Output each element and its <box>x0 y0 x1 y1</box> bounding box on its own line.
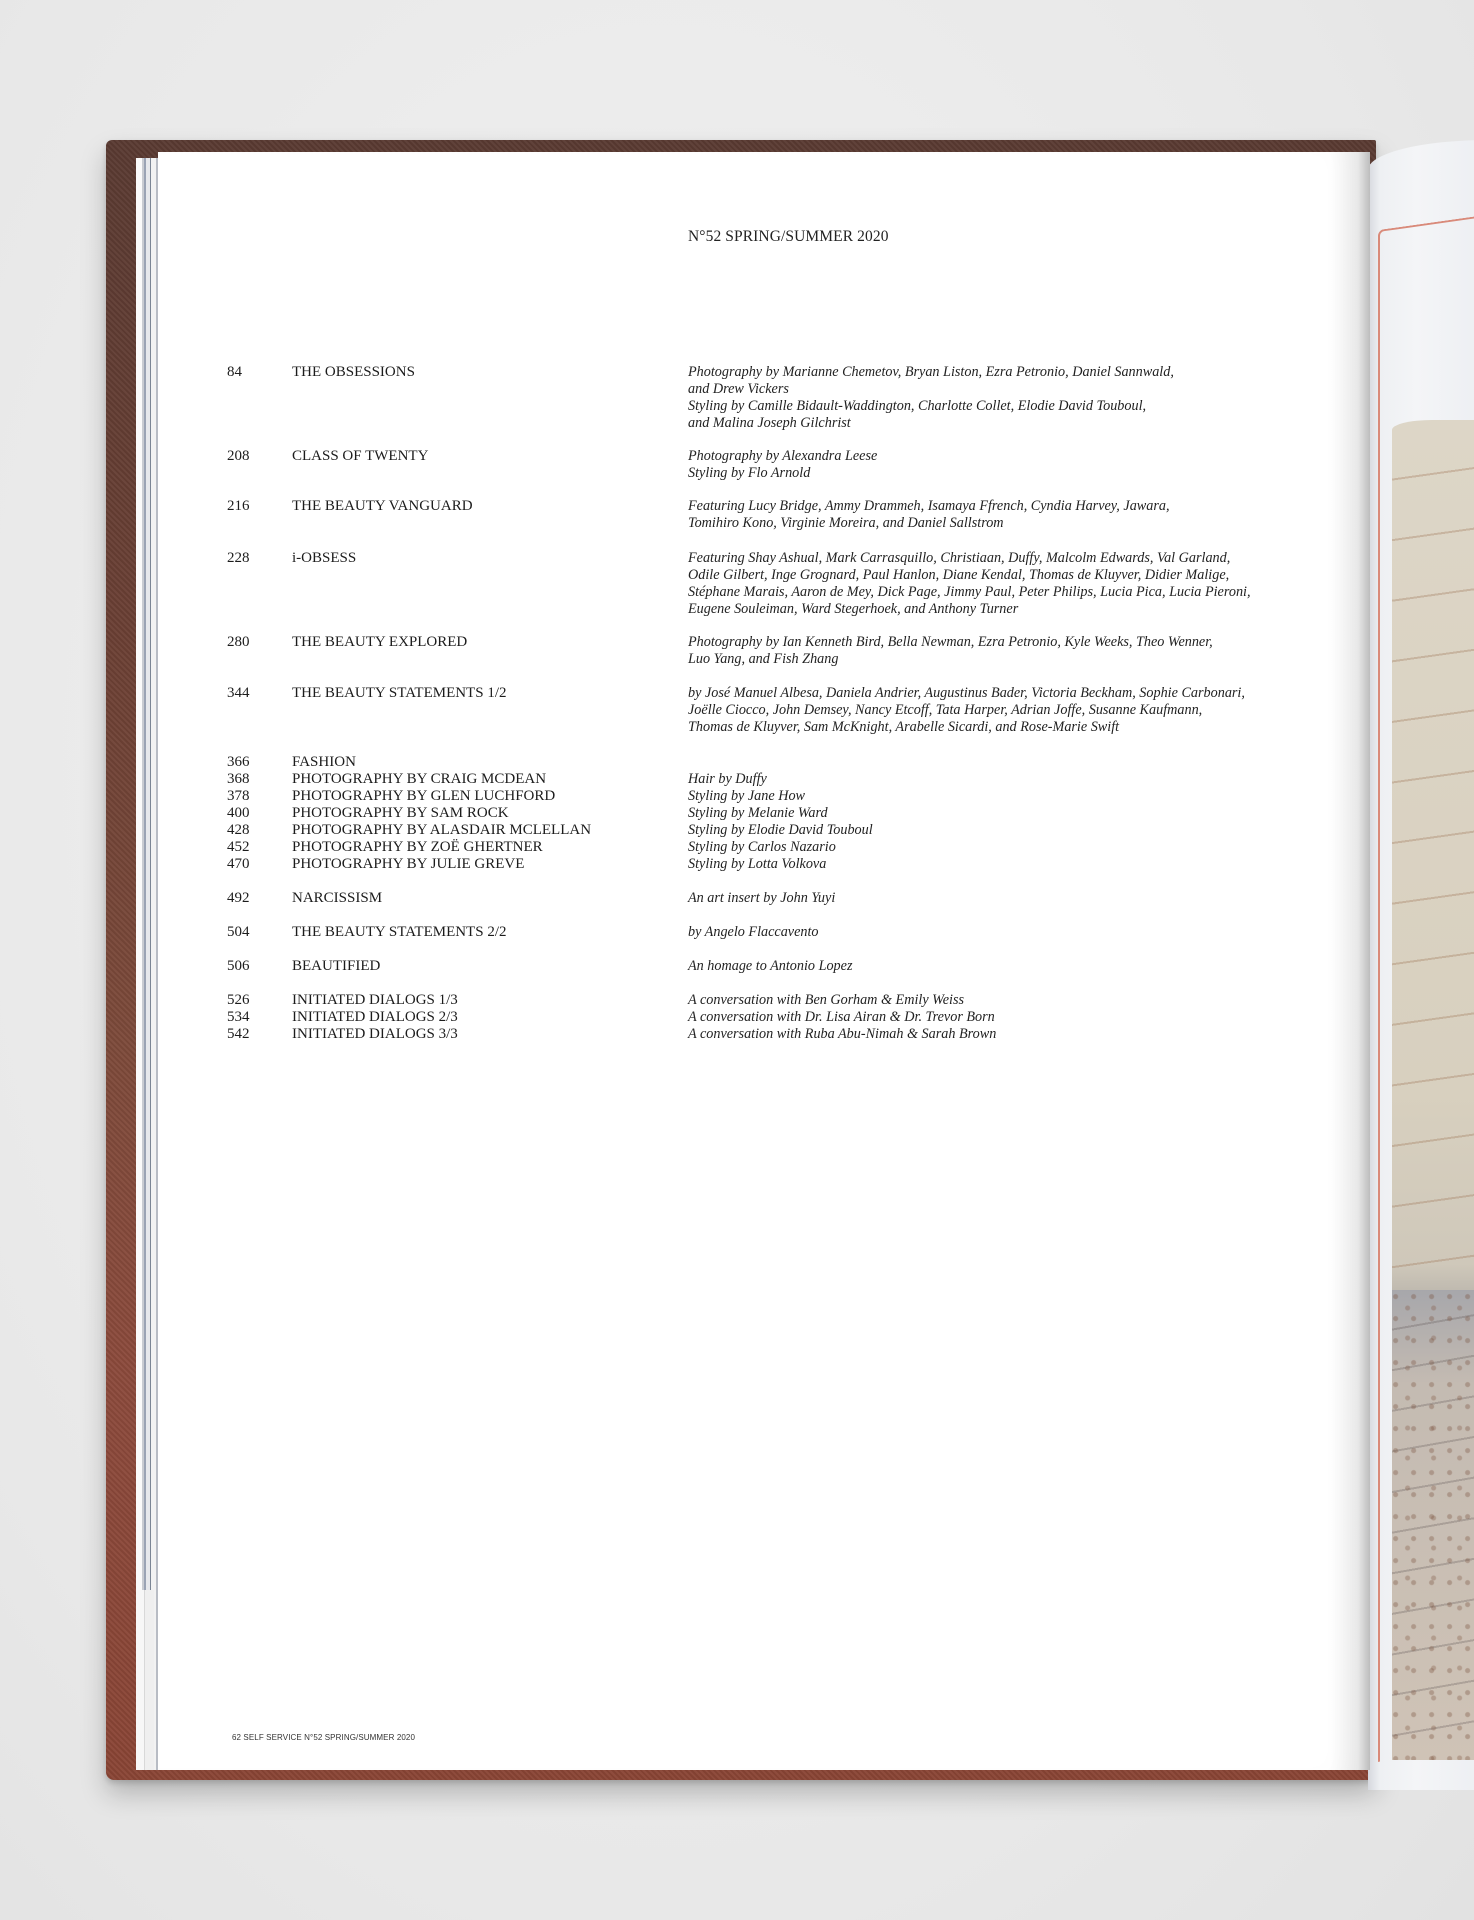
toc-credit: Styling by Carlos Nazario <box>688 839 1328 856</box>
toc-title: INITIATED DIALOGS 2/3 <box>292 1009 458 1026</box>
toc-page-number: 208 <box>227 448 277 465</box>
toc-credit: A conversation with Ruba Abu-Nimah & Sar… <box>688 1026 1328 1043</box>
toc-page-number: 452 <box>227 839 277 856</box>
page-block-edges-lower <box>136 1590 154 1770</box>
issue-header: N°52 SPRING/SUMMER 2020 <box>688 228 889 246</box>
toc-title: THE BEAUTY VANGUARD <box>292 498 473 515</box>
page-folio: 62 SELF SERVICE N°52 SPRING/SUMMER 2020 <box>232 1733 415 1742</box>
toc-page-number: 542 <box>227 1026 277 1043</box>
toc-page-number: 228 <box>227 550 277 567</box>
toc-title: PHOTOGRAPHY BY GLEN LUCHFORD <box>292 788 555 805</box>
toc-page-number: 366 <box>227 754 277 771</box>
toc-title: INITIATED DIALOGS 1/3 <box>292 992 458 1009</box>
toc-credit: An art insert by John Yuyi <box>688 890 1328 907</box>
toc-page-number: 534 <box>227 1009 277 1026</box>
toc-credit: by José Manuel Albesa, Daniela Andrier, … <box>688 685 1328 736</box>
toc-page-number: 280 <box>227 634 277 651</box>
toc-title: THE OBSESSIONS <box>292 364 415 381</box>
toc-title: PHOTOGRAPHY BY JULIE GREVE <box>292 856 524 873</box>
toc-title: THE BEAUTY STATEMENTS 2/2 <box>292 924 506 941</box>
toc-credit: Styling by Elodie David Touboul <box>688 822 1328 839</box>
toc-page-number: 428 <box>227 822 277 839</box>
toc-credit: Featuring Shay Ashual, Mark Carrasquillo… <box>688 550 1328 618</box>
toc-credit: Featuring Lucy Bridge, Ammy Drammeh, Isa… <box>688 498 1328 532</box>
toc-title: NARCISSISM <box>292 890 382 907</box>
toc-page-number: 344 <box>227 685 277 702</box>
toc-page-number: 400 <box>227 805 277 822</box>
toc-credit: Styling by Melanie Ward <box>688 805 1328 822</box>
toc-title: PHOTOGRAPHY BY SAM ROCK <box>292 805 509 822</box>
toc-credit: Styling by Jane How <box>688 788 1328 805</box>
toc-credit: Photography by Alexandra Leese Styling b… <box>688 448 1328 482</box>
toc-title: INITIATED DIALOGS 3/3 <box>292 1026 458 1043</box>
toc-title: PHOTOGRAPHY BY CRAIG MCDEAN <box>292 771 546 788</box>
toc-credit: Styling by Lotta Volkova <box>688 856 1328 873</box>
page-block-edges <box>136 158 160 1770</box>
toc-title: THE BEAUTY STATEMENTS 1/2 <box>292 685 506 702</box>
toc-title: i-OBSESS <box>292 550 356 567</box>
toc-credit: An homage to Antonio Lopez <box>688 958 1328 975</box>
toc-page-number: 378 <box>227 788 277 805</box>
toc-page-number: 492 <box>227 890 277 907</box>
toc-credit: A conversation with Ben Gorham & Emily W… <box>688 992 1328 1009</box>
toc-title: FASHION <box>292 754 356 771</box>
toc-title: THE BEAUTY EXPLORED <box>292 634 467 651</box>
toc-page-number: 504 <box>227 924 277 941</box>
toc-page-number: 216 <box>227 498 277 515</box>
gutter-shadow <box>1330 152 1370 1770</box>
toc-title: PHOTOGRAPHY BY ALASDAIR MCLELLAN <box>292 822 591 839</box>
toc-page-number: 368 <box>227 771 277 788</box>
toc-credit: Photography by Marianne Chemetov, Bryan … <box>688 364 1328 432</box>
toc-title: CLASS OF TWENTY <box>292 448 428 465</box>
toc-title: PHOTOGRAPHY BY ZOË GHERTNER <box>292 839 543 856</box>
toc-page-number: 506 <box>227 958 277 975</box>
toc-credit: A conversation with Dr. Lisa Airan & Dr.… <box>688 1009 1328 1026</box>
facing-page-photo-floor <box>1392 1290 1474 1760</box>
toc-page-number: 526 <box>227 992 277 1009</box>
toc-credit: Photography by Ian Kenneth Bird, Bella N… <box>688 634 1328 668</box>
toc-page-number: 470 <box>227 856 277 873</box>
toc-page-number: 84 <box>227 364 277 381</box>
toc-credit: Hair by Duffy <box>688 771 1328 788</box>
toc-title: BEAUTIFIED <box>292 958 380 975</box>
toc-credit: by Angelo Flaccavento <box>688 924 1328 941</box>
